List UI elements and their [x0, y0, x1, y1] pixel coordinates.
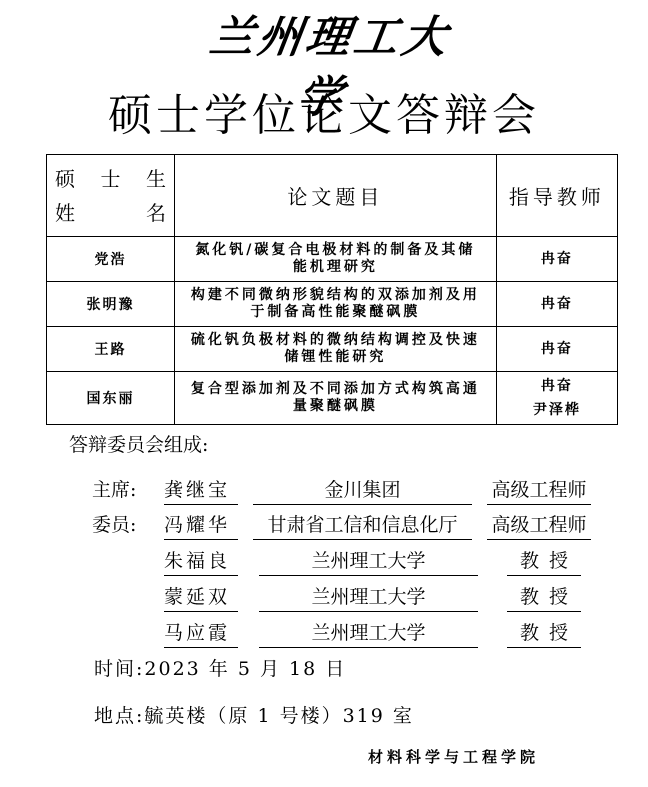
member-name: 蒙延双 — [164, 583, 238, 612]
member-name: 马应霞 — [164, 619, 238, 648]
member-title: 教授 — [507, 619, 581, 648]
member-name: 龚继宝 — [164, 476, 238, 505]
table-row: 国东丽 复合型添加剂及不同添加方式构筑高通 量聚醚砜膜 冉奋 尹泽桦 — [47, 372, 618, 425]
place-label: 地点: — [94, 705, 144, 727]
thesis-title-line: 能机理研究 — [181, 259, 490, 276]
time-label: 时间: — [94, 658, 144, 680]
member-name: 朱福良 — [164, 547, 238, 576]
advisor-name: 冉奋 — [496, 237, 617, 282]
thesis-title-line: 氮化钒/碳复合电极材料的制备及其储 — [181, 242, 490, 259]
time-value: 2023 年 5 月 18 日 — [144, 658, 346, 680]
student-name: 国东丽 — [47, 372, 175, 425]
student-name: 党浩 — [47, 237, 175, 282]
table-row: 张明豫 构建不同微纳形貌结构的双添加剂及用 于制备高性能聚醚砜膜 冉奋 — [47, 282, 618, 327]
advisor-name: 尹泽桦 — [497, 398, 617, 422]
member-organization: 甘肃省工信和信息化厅 — [253, 511, 472, 540]
university-logo: 兰州理工大学 — [196, 8, 464, 68]
member-organization: 兰州理工大学 — [259, 547, 478, 576]
committee-heading: 答辩委员会组成: — [69, 432, 208, 458]
member-title: 高级工程师 — [487, 476, 591, 505]
header-thesis-title: 论文题目 — [174, 155, 496, 237]
advisor-name: 冉奋 — [497, 374, 617, 398]
member-organization: 兰州理工大学 — [259, 619, 478, 648]
member-role: 委员: — [92, 511, 164, 539]
member-organization: 兰州理工大学 — [259, 583, 478, 612]
member-title: 高级工程师 — [487, 511, 591, 540]
member-title: 教授 — [507, 547, 581, 576]
member-organization: 金川集团 — [253, 476, 472, 505]
thesis-title-line: 复合型添加剂及不同添加方式构筑高通 — [181, 381, 490, 398]
thesis-title-line: 储锂性能研究 — [181, 349, 490, 366]
header-advisor: 指导教师 — [496, 155, 617, 237]
thesis-title-line: 于制备高性能聚醚砜膜 — [181, 304, 490, 321]
member-role: 主席: — [92, 476, 164, 504]
thesis-title-line: 硫化钒负极材料的微纳结构调控及快速 — [181, 332, 490, 349]
event-time: 时间:2023 年 5 月 18 日 — [94, 656, 346, 682]
advisor-name: 冉奋 — [496, 282, 617, 327]
student-name: 张明豫 — [47, 282, 175, 327]
student-name: 王路 — [47, 327, 175, 372]
thesis-title: 氮化钒/碳复合电极材料的制备及其储 能机理研究 — [174, 237, 496, 282]
table-header-row: 硕 士 生 姓 名 论文题目 指导教师 — [47, 155, 618, 237]
thesis-title: 硫化钒负极材料的微纳结构调控及快速 储锂性能研究 — [174, 327, 496, 372]
header-student-char: 名 — [146, 196, 166, 230]
table-row: 党浩 氮化钒/碳复合电极材料的制备及其储 能机理研究 冉奋 — [47, 237, 618, 282]
organizer-name: 材料科学与工程学院 — [368, 746, 539, 767]
header-student-char: 生 — [146, 162, 166, 196]
thesis-title: 复合型添加剂及不同添加方式构筑高通 量聚醚砜膜 — [174, 372, 496, 425]
advisor-name: 冉奋 — [496, 327, 617, 372]
page-title: 硕士学位论文答辩会 — [0, 86, 648, 146]
table-row: 王路 硫化钒负极材料的微纳结构调控及快速 储锂性能研究 冉奋 — [47, 327, 618, 372]
thesis-title-line: 量聚醚砜膜 — [181, 398, 490, 415]
place-value: 毓英楼（原 1 号楼）319 室 — [144, 705, 413, 727]
member-title: 教授 — [507, 583, 581, 612]
header-student-char: 硕 — [55, 162, 75, 196]
header-student-char: 士 — [100, 162, 120, 196]
event-place: 地点:毓英楼（原 1 号楼）319 室 — [94, 703, 414, 729]
thesis-title-line: 构建不同微纳形貌结构的双添加剂及用 — [181, 287, 490, 304]
defense-schedule-table: 硕 士 生 姓 名 论文题目 指导教师 党浩 氮化钒/碳复合电极材料的制备及其储… — [46, 154, 618, 425]
advisor-names: 冉奋 尹泽桦 — [496, 372, 617, 425]
member-name: 冯耀华 — [164, 511, 238, 540]
header-student-name: 硕 士 生 姓 名 — [47, 155, 175, 237]
header-student-char: 姓 — [55, 196, 75, 230]
thesis-title: 构建不同微纳形貌结构的双添加剂及用 于制备高性能聚醚砜膜 — [174, 282, 496, 327]
